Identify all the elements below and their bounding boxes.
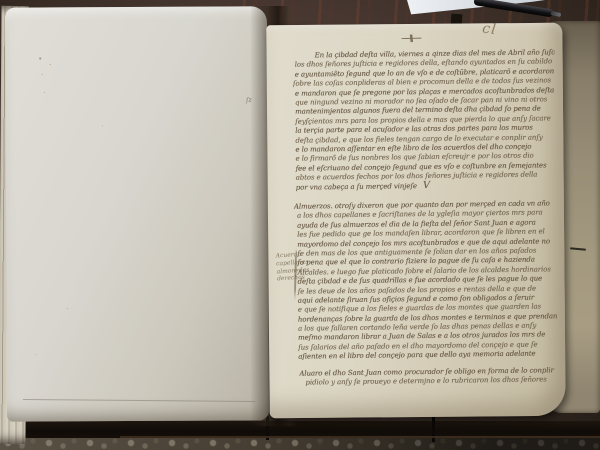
manuscript-paragraph: En la çibdad deſta villa, viernes a qinz… xyxy=(293,49,556,192)
left-page-blank xyxy=(5,6,269,421)
cross-mark: + xyxy=(375,31,448,45)
photo-scene: + cl Acuerdocapellanesalmonedasderechos … xyxy=(0,0,600,450)
mottled-floor-strip xyxy=(0,438,600,450)
manuscript-paragraph: Aluaro el dho Sant Juan como procurador … xyxy=(299,367,557,388)
folio-mark: cl xyxy=(481,21,497,39)
margin-mark: ſz xyxy=(246,96,252,104)
manuscript-line: aſienten en el libro del conçejo para qu… xyxy=(295,349,557,362)
ink-specks xyxy=(39,57,41,59)
manuscript-paragraph: Almuerzos. otroſy dixeron que por quanto… xyxy=(294,200,557,362)
manuscript-line: pidiolo y anſy ſe proueyo e determjno e … xyxy=(299,376,557,389)
plank-seam xyxy=(120,436,600,438)
flourish-mark: V xyxy=(423,180,430,191)
right-page: + cl Acuerdocapellanesalmonedasderechos … xyxy=(266,23,565,419)
manuscript-line: por vna cabeça a ſu merçed vinjeſeV xyxy=(294,180,556,193)
page-crease xyxy=(23,399,255,402)
